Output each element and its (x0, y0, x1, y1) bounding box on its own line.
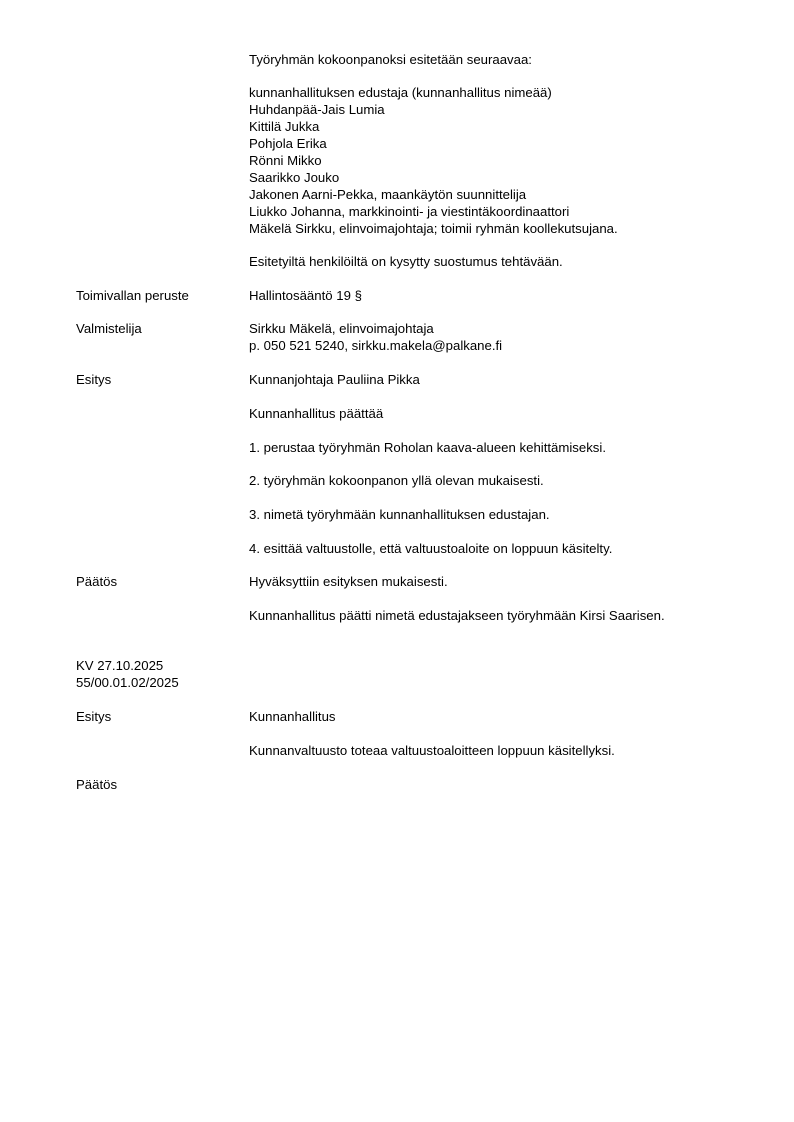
member-item: Saarikko Jouko (249, 169, 339, 186)
authority-value: Hallintosääntö 19 § (249, 287, 362, 304)
member-item: Huhdanpää-Jais Lumia (249, 101, 385, 118)
proposal-intro: Kunnanhallitus päättää (249, 405, 383, 422)
preparer-label: Valmistelija (76, 320, 142, 337)
member-item: Mäkelä Sirkku, elinvoimajohtaja; toimii … (249, 220, 618, 237)
council-proposal-label: Esitys (76, 708, 111, 725)
decision-line: Kunnanhallitus päätti nimetä edustajakse… (249, 607, 665, 624)
proposal-item: 4. esittää valtuustolle, että valtuustoa… (249, 540, 612, 557)
proposal-presenter: Kunnanjohtaja Pauliina Pikka (249, 371, 420, 388)
council-reference: 55/00.01.02/2025 (76, 674, 179, 691)
member-item: kunnanhallituksen edustaja (kunnanhallit… (249, 84, 552, 101)
member-item: Pohjola Erika (249, 135, 327, 152)
consent-note: Esitetyiltä henkilöiltä on kysytty suost… (249, 253, 563, 270)
member-item: Kittilä Jukka (249, 118, 319, 135)
council-decision-label: Päätös (76, 776, 117, 793)
proposal-item: 3. nimetä työryhmään kunnanhallituksen e… (249, 506, 550, 523)
preparer-name: Sirkku Mäkelä, elinvoimajohtaja (249, 320, 434, 337)
council-proposal-presenter: Kunnanhallitus (249, 708, 336, 725)
authority-label: Toimivallan peruste (76, 287, 189, 304)
proposal-item: 1. perustaa työryhmän Roholan kaava-alue… (249, 439, 606, 456)
member-item: Jakonen Aarni-Pekka, maankäytön suunnitt… (249, 186, 526, 203)
proposal-item: 2. työryhmän kokoonpanon yllä olevan muk… (249, 472, 544, 489)
member-item: Rönni Mikko (249, 152, 322, 169)
intro-heading: Työryhmän kokoonpanoksi esitetään seuraa… (249, 51, 532, 68)
preparer-contact: p. 050 521 5240, sirkku.makela@palkane.f… (249, 337, 502, 354)
council-proposal-text: Kunnanvaltuusto toteaa valtuustoaloittee… (249, 742, 615, 759)
decision-label: Päätös (76, 573, 117, 590)
member-item: Liukko Johanna, markkinointi- ja viestin… (249, 203, 569, 220)
decision-line: Hyväksyttiin esityksen mukaisesti. (249, 573, 448, 590)
council-date: KV 27.10.2025 (76, 657, 163, 674)
proposal-label: Esitys (76, 371, 111, 388)
